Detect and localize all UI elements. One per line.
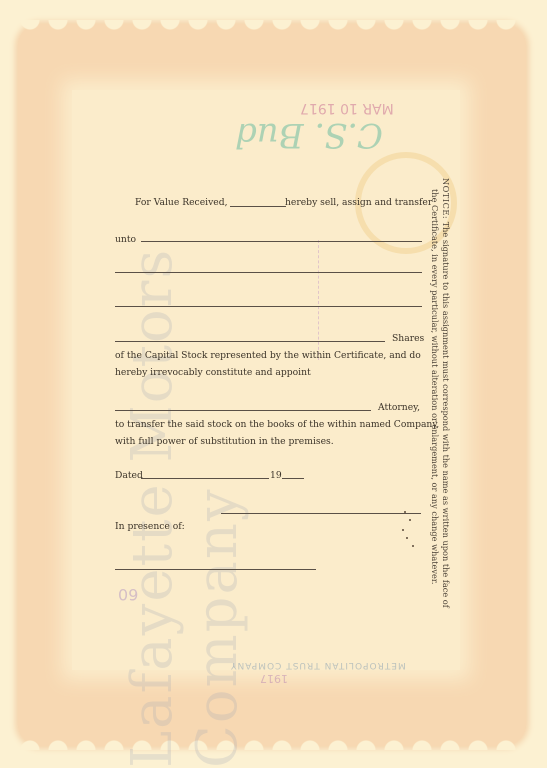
substitution-text: with full power of substitution in the p… [115,436,334,447]
date-blank-line[interactable] [141,478,269,479]
witness-blank-line[interactable] [115,569,316,570]
shares-blank-line[interactable] [115,341,385,342]
year-blank-line[interactable] [282,478,304,479]
notice-line-2: the Certificate, in every particular, wi… [429,178,440,596]
unto-blank-line[interactable] [141,241,422,242]
notice-heading: NOTICE: [441,178,451,219]
in-presence-of-label: In presence of: [115,521,185,532]
attorney-label: Attorney, [378,402,420,413]
notice-text: NOTICE: The signature to this assignment… [429,178,451,596]
year-prefix: 19 [270,470,282,481]
capital-stock-text: of the Capital Stock represented by the … [115,350,421,361]
shares-label: Shares [392,333,424,344]
ink-speckles [400,505,422,555]
transfer-text: to transfer the said stock on the books … [115,419,439,430]
assignment-form: For Value Received, hereby sell, assign … [0,0,547,768]
for-value-received-label: For Value Received, [135,197,228,208]
signature-blank-line[interactable] [221,513,421,514]
attorney-blank-line[interactable] [115,410,371,411]
notice-line-1: The signature to this assignment must co… [441,222,451,608]
assignee-blank-line-3[interactable] [115,306,422,307]
hereby-sell-label: hereby sell, assign and transfer [285,197,432,208]
value-blank-line[interactable] [230,206,286,207]
assignee-blank-line-2[interactable] [115,272,422,273]
dated-label: Dated [115,470,143,481]
unto-label: unto [115,234,136,245]
irrevocably-text: hereby irrevocably constitute and appoin… [115,367,311,378]
